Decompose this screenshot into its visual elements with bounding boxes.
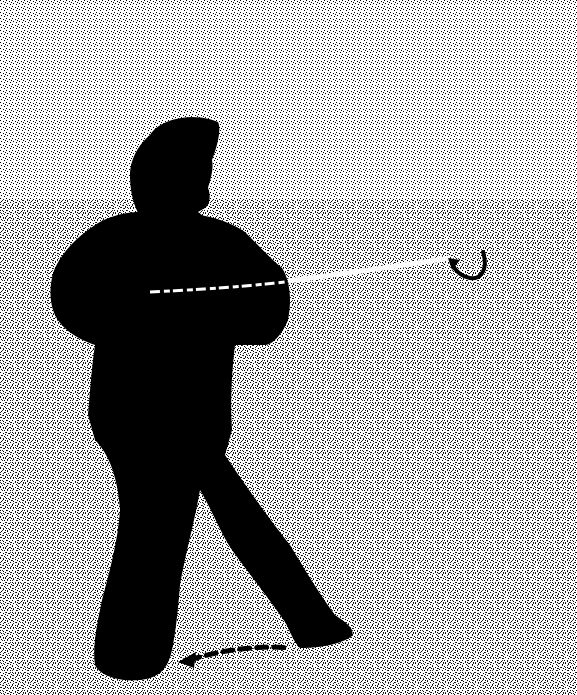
illustration (0, 0, 577, 695)
